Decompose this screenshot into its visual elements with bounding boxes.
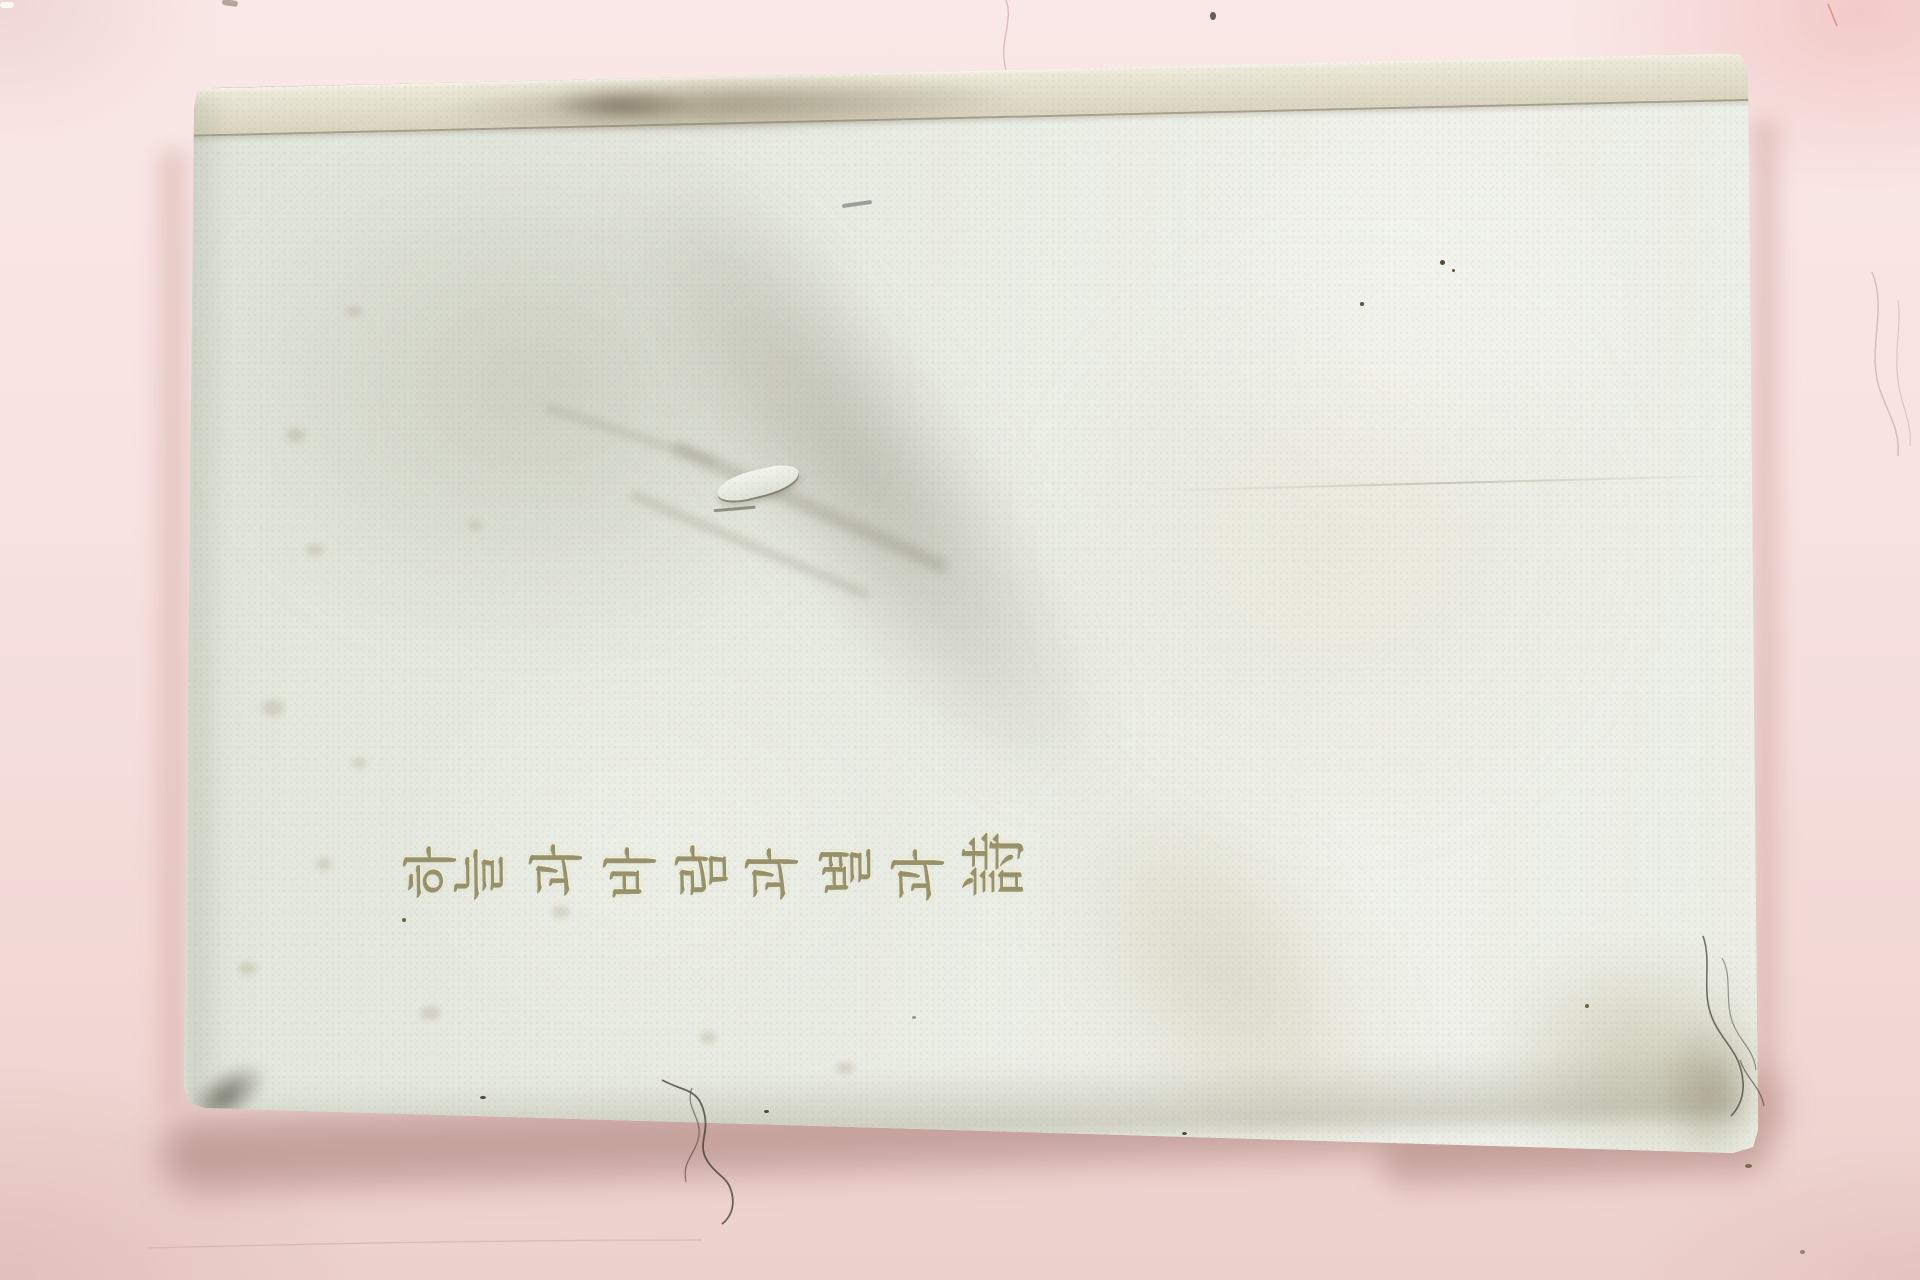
smudge-streak — [670, 440, 950, 575]
stain-spine-dark — [545, 88, 695, 122]
speck — [912, 1016, 916, 1019]
speck — [402, 918, 406, 922]
speck — [1452, 269, 1455, 272]
mottle-spot — [262, 700, 284, 716]
title-character: 과 — [884, 843, 956, 907]
title-character: 람 — [668, 839, 740, 903]
smudge-streak — [543, 402, 717, 466]
photograph: 하 늘 과 바 람 과 별 과 詩 — [0, 0, 1920, 1280]
title-character: 늘 — [444, 842, 516, 906]
stain-right-wash — [1050, 250, 1630, 830]
mottle-spot — [420, 1006, 440, 1020]
mottle-spot — [352, 758, 366, 768]
mottle-spot — [836, 1062, 854, 1074]
stain-diagonal-band — [549, 90, 1191, 869]
title-character: 별 — [812, 838, 884, 902]
edge-shade-left — [186, 95, 230, 1105]
mottle-spot — [468, 520, 482, 530]
mottle-spot — [286, 428, 306, 442]
title-character: 과 — [738, 842, 810, 906]
mottle-spot — [700, 1032, 716, 1043]
mottle-spot — [346, 306, 362, 317]
mottle-spot — [316, 858, 332, 870]
speck — [1360, 302, 1364, 306]
title-character: 바 — [596, 841, 668, 905]
title-character: 하 — [396, 840, 468, 904]
light-sliver — [0, 2, 14, 8]
stain-bottom-right — [1490, 940, 1790, 1175]
stain-top-left — [200, 115, 880, 655]
stain-corner-edge — [1655, 1010, 1765, 1170]
speck-pink — [1745, 1164, 1752, 1168]
surface-tear-mark — [714, 460, 802, 506]
speck — [1585, 1004, 1589, 1008]
book-back-cover: 하 늘 과 바 람 과 별 과 詩 — [0, 0, 1920, 1280]
mottle-spot — [238, 962, 256, 975]
highlight-right — [1140, 110, 1680, 550]
book-title-stamp: 하 늘 과 바 람 과 별 과 詩 — [404, 834, 1064, 910]
speck-pink — [1800, 1250, 1805, 1254]
speck — [764, 1110, 769, 1113]
title-character: 과 — [522, 838, 594, 902]
highlight-lower-left — [380, 630, 900, 1060]
crease-line — [1150, 474, 1750, 492]
speck — [1182, 1132, 1187, 1135]
mottle-spot — [552, 906, 570, 918]
scratch-mark — [842, 200, 872, 208]
mottle-spot — [306, 544, 324, 556]
speck — [1440, 260, 1445, 265]
smudge-streak — [628, 490, 871, 601]
speck-pink — [1210, 12, 1216, 20]
speck — [480, 1096, 486, 1099]
title-character-hanja: 詩 — [960, 824, 1032, 904]
